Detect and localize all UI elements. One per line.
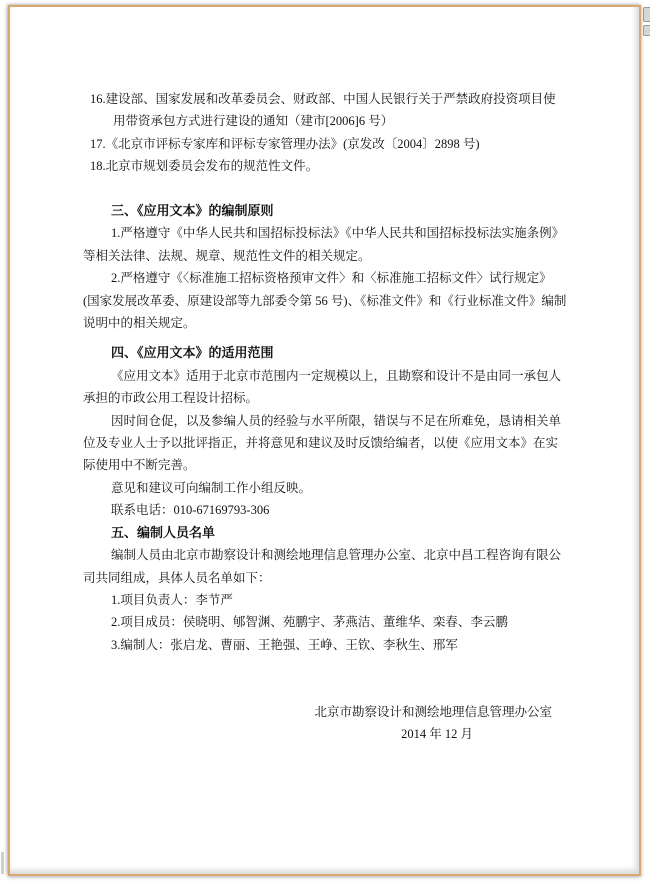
reference-text: 北京市规划委员会发布的规范性文件。 <box>106 159 319 173</box>
numbered-reference-18: 18.北京市规划委员会发布的规范性文件。 <box>83 155 567 177</box>
staff-compilers: 3.编制人：张启龙、曹丽、王艳强、王峥、王钦、李秋生、邢军 <box>83 634 567 656</box>
reference-number: 18. <box>90 159 106 173</box>
signature-block: 北京市勘察设计和测绘地理信息管理办公室 2014 年 12 月 <box>83 701 567 746</box>
numbered-reference-16: 16.建设部、国家发展和改革委员会、财政部、中国人民银行关于严禁政府投资项目使用… <box>83 88 567 133</box>
principles-paragraph-2: 2.严格遵守《〈标准施工招标资格预审文件〉和〈标准施工招标文件〉试行规定》(国家… <box>83 267 567 334</box>
signature-organization: 北京市勘察设计和测绘地理信息管理办公室 <box>83 701 567 723</box>
scrollbar-up-button-fragment[interactable] <box>643 7 650 22</box>
reference-number: 16. <box>90 92 106 106</box>
scope-paragraph-1: 《应用文本》适用于北京市范围内一定规模以上，且勘察和设计不是由同一承包人承担的市… <box>83 365 567 410</box>
reference-text: 《北京市评标专家库和评标专家管理办法》(京发改〔2004〕2898 号) <box>106 137 480 151</box>
reference-text: 建设部、国家发展和改革委员会、财政部、中国人民银行关于严禁政府投资项目使用带资承… <box>106 92 556 128</box>
scope-paragraph-2: 因时间仓促，以及参编人员的经验与水平所限，错误与不足在所难免，恳请相关单位及专业… <box>83 410 567 477</box>
scrollbar-thumb-fragment[interactable] <box>643 25 650 36</box>
document-page: 16.建设部、国家发展和改革委员会、财政部、中国人民银行关于严禁政府投资项目使用… <box>8 5 641 876</box>
section-heading-principles: 三、《应用文本》的编制原则 <box>83 200 567 222</box>
scope-feedback-line: 意见和建议可向编制工作小组反映。 <box>83 477 567 499</box>
signature-date: 2014 年 12 月 <box>83 723 567 745</box>
document-content: 16.建设部、国家发展和改革委员会、财政部、中国人民银行关于严禁政府投资项目使用… <box>83 88 567 746</box>
section-heading-staff: 五、编制人员名单 <box>83 522 567 544</box>
contact-phone-line: 联系电话：010-67169793-306 <box>83 499 567 521</box>
left-scrollbar-fragment[interactable] <box>1 852 4 874</box>
reference-number: 17. <box>90 137 106 151</box>
numbered-reference-17: 17.《北京市评标专家库和评标专家管理办法》(京发改〔2004〕2898 号) <box>83 133 567 155</box>
staff-project-leader: 1.项目负责人：李节严 <box>83 589 567 611</box>
staff-project-members: 2.项目成员：侯晓明、郇智渊、苑鹏宇、茅燕洁、董维华、栾春、李云鹏 <box>83 611 567 633</box>
section-heading-scope: 四、《应用文本》的适用范围 <box>83 342 567 364</box>
principles-paragraph-1: 1.严格遵守《中华人民共和国招标投标法》《中华人民共和国招标投标法实施条例》等相… <box>83 222 567 267</box>
staff-intro-paragraph: 编制人员由北京市勘察设计和测绘地理信息管理办公室、北京中昌工程咨询有限公司共同组… <box>83 544 567 589</box>
